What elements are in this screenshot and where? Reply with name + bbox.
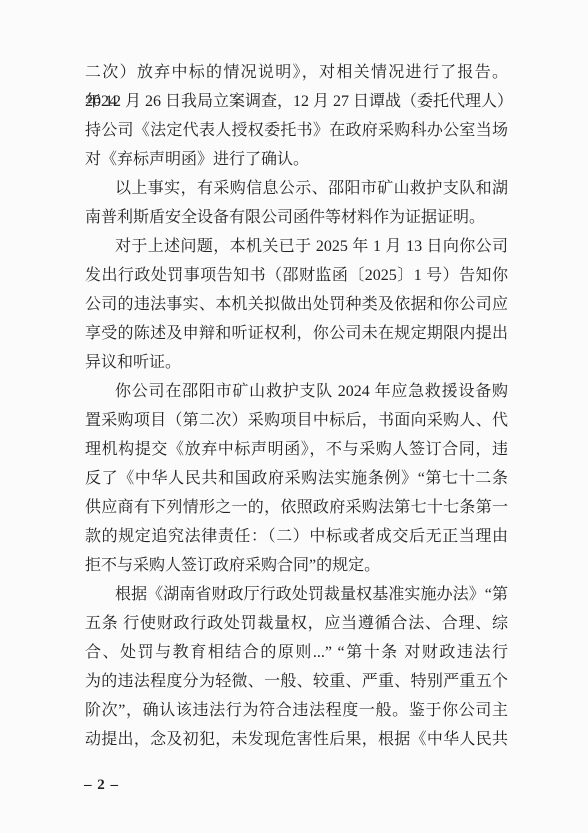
text-line: 根据《湖南省财政厅行政处罚裁量权基准实施办法》“第 <box>85 580 508 609</box>
text-line: 合、处罚与教育相结合的原则...” “第十条 对财政违法行 <box>85 638 508 667</box>
text-line: 置采购项目（第二次）采购项目中标后，书面向采购人、代 <box>85 406 508 435</box>
document-body: 二次）放弃中标的情况说明》，对相关情况进行了报告。2024年 12 月 26 日… <box>85 58 508 754</box>
page-number: – 2 – <box>84 777 119 794</box>
document-page: 二次）放弃中标的情况说明》，对相关情况进行了报告。2024年 12 月 26 日… <box>0 0 588 833</box>
text-line: 供应商有下列情形之一的，依照政府采购法第七十七条第一 <box>85 493 508 522</box>
text-line: 阶次”，确认该违法行为符合违法程度一般。鉴于你公司主 <box>85 696 508 725</box>
document-viewport: { "colors": { "page_background": "#fbfbf… <box>0 0 588 833</box>
text-line: 对《弃标声明函》进行了确认。 <box>85 145 508 174</box>
text-line: 你公司在邵阳市矿山救护支队 2024 年应急救援设备购 <box>85 377 508 406</box>
text-line: 为的违法程度分为轻微、一般、较重、严重、特别严重五个 <box>85 667 508 696</box>
text-line: 五条 行使财政行政处罚裁量权，应当遵循合法、合理、综 <box>85 609 508 638</box>
text-line: 异议和听证。 <box>85 348 508 377</box>
text-line: 反了《中华人民共和国政府采购法实施条例》“第七十二条 <box>85 464 508 493</box>
text-line: 以上事实，有采购信息公示、邵阳市矿山救护支队和湖 <box>85 174 508 203</box>
text-line: 南普利斯盾安全设备有限公司函件等材料作为证据证明。 <box>85 203 508 232</box>
text-line: 享受的陈述及申辩和听证权利，你公司未在规定期限内提出 <box>85 319 508 348</box>
text-line: 对于上述问题，本机关已于 2025 年 1 月 13 日向你公司 <box>85 232 508 261</box>
text-line: 公司的违法事实、本机关拟做出处罚种类及依据和你公司应 <box>85 290 508 319</box>
text-line: 款的规定追究法律责任：（二）中标或者成交后无正当理由 <box>85 522 508 551</box>
text-line: 理机构提交《放弃中标声明函》，不与采购人签订合同，违 <box>85 435 508 464</box>
text-line: 动提出，念及初犯，未发现危害性后果，根据《中华人民共 <box>85 725 508 754</box>
text-line: 发出行政处罚事项告知书（邵财监函〔2025〕1 号）告知你 <box>85 261 508 290</box>
text-line: 年 12 月 26 日我局立案调查，12 月 27 日谭战（委托代理人） <box>85 87 508 116</box>
text-line: 持公司《法定代表人授权委托书》在政府采购科办公室当场 <box>85 116 508 145</box>
text-line: 二次）放弃中标的情况说明》，对相关情况进行了报告。2024 <box>85 58 508 87</box>
text-line: 拒不与采购人签订政府采购合同”的规定。 <box>85 551 508 580</box>
